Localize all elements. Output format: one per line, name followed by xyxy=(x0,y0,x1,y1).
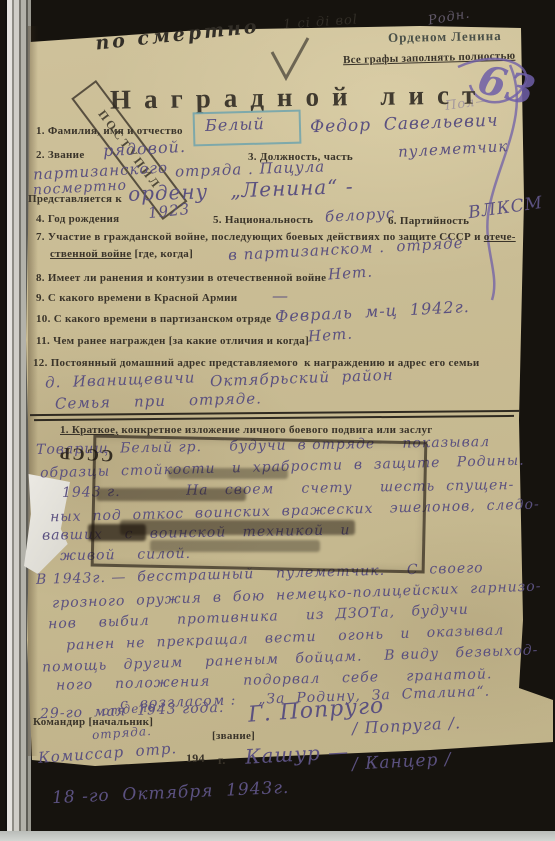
field7-label-1b: отече- xyxy=(484,231,516,243)
checkmark-icon xyxy=(268,34,313,84)
field6-label: 6. Партийность xyxy=(388,215,469,227)
commissar-name: / Канцер / xyxy=(352,749,452,774)
verification-stamp-border xyxy=(91,435,428,574)
field12-label: 12. Постоянный домашний адрес представля… xyxy=(33,357,480,369)
rank-label: [звание] xyxy=(212,730,255,742)
stamp-smudge xyxy=(88,524,146,541)
field4-label: 4. Год рождения xyxy=(36,213,119,225)
year-g: г. xyxy=(218,753,226,768)
nationality-value: белорус xyxy=(325,204,396,226)
field8-value: Нет. xyxy=(327,262,373,283)
verification-stamp-cccp: СССР xyxy=(58,443,114,466)
commissar-signature: Кашур — xyxy=(244,739,349,768)
field1-label: 1. Фамилия, имя и отчество xyxy=(36,125,183,137)
field11-value: Нет. xyxy=(307,324,353,345)
field7-label-2a: ственной войне xyxy=(50,248,132,260)
stamp-smudge xyxy=(168,468,288,479)
field5-label: 5. Национальность xyxy=(213,214,313,226)
presented-label: Представляется к xyxy=(28,193,122,205)
surname-value: Белый xyxy=(205,114,265,135)
field11-label: 11. Чем ранее награжден [за какие отличи… xyxy=(36,335,309,347)
field8-label: 8. Имеет ли ранения и контузии в отечест… xyxy=(36,272,326,284)
field7-label-2: ственной войне [где, когда] xyxy=(50,248,193,260)
field7-label-2b: [где, когда] xyxy=(132,248,194,260)
year-printed: 194 xyxy=(186,751,205,766)
date-line: 18 -го Октября 1943г. xyxy=(52,778,290,808)
pencil-note-top: Родн. xyxy=(427,6,471,28)
award-sheet-scan: по смертно 1 сі ді вol Орденом Ленина Вс… xyxy=(0,0,555,841)
field9-label: 9. С какого времени в Красной Армии xyxy=(36,292,237,304)
scan-bottom-edge xyxy=(0,831,555,841)
citation-heading-b: конкретное изложение личного боевого под… xyxy=(118,424,432,436)
field9-value: — xyxy=(272,286,289,305)
stamp-smudge xyxy=(96,488,246,501)
stamp-smudge xyxy=(150,540,320,552)
stamp-smudge xyxy=(120,520,355,535)
field2-label: 2. Звание xyxy=(36,149,85,161)
field10-label: 10. С какого времени в партизанском отря… xyxy=(36,313,271,325)
order-of-lenin-stamp: Орденом Ленина xyxy=(388,28,502,46)
